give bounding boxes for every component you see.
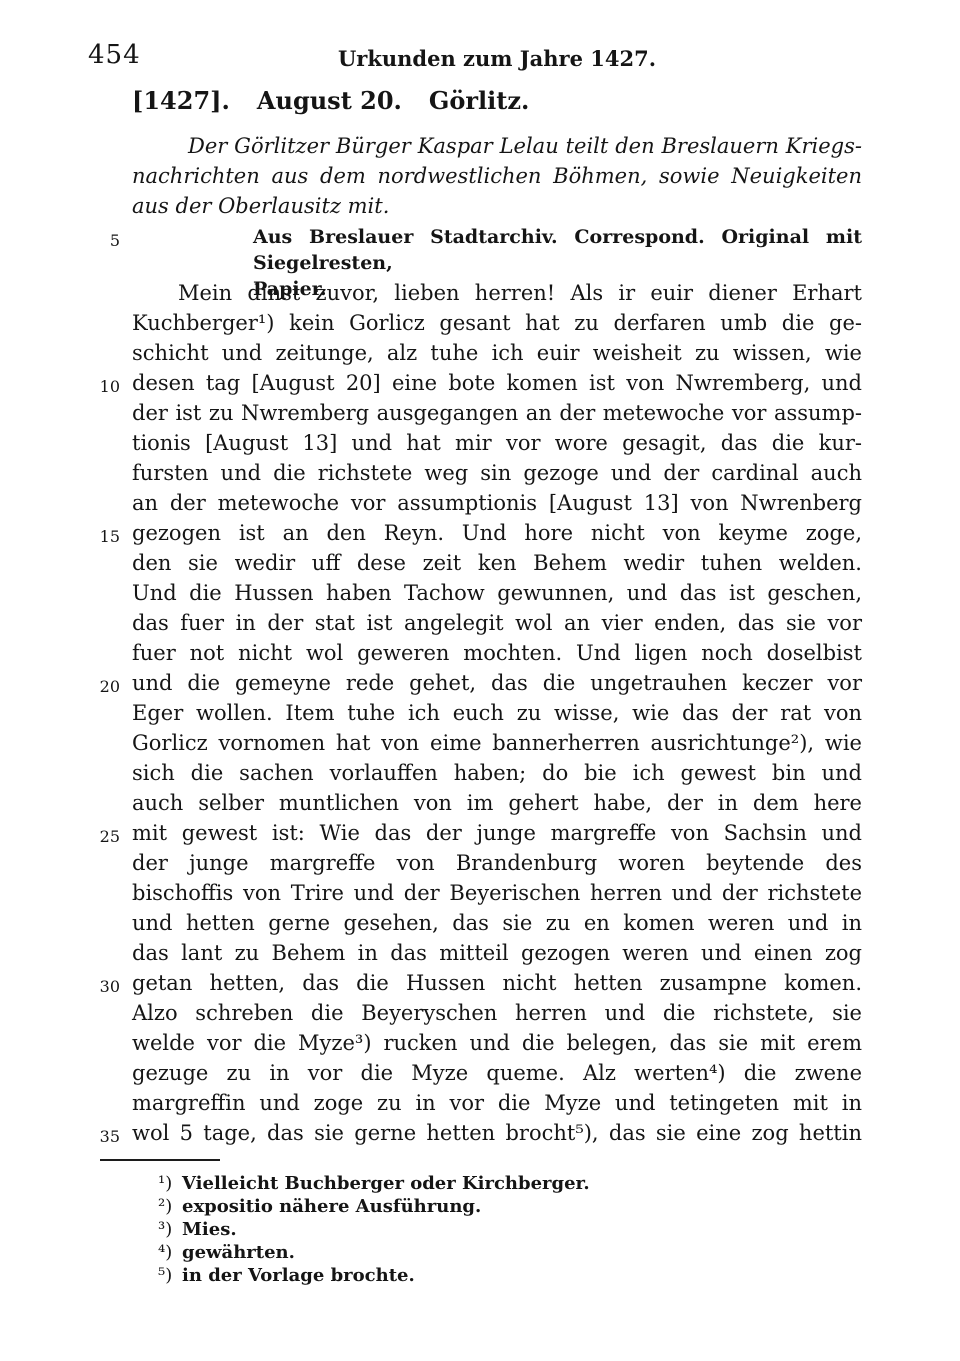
body-line: und hetten gerne gesehen, das sie zu en … <box>132 908 862 938</box>
source-text: Aus Breslauer Stadtarchiv. Correspond. O… <box>253 224 862 276</box>
summary-line: nachrichten aus dem nordwestlichen Böhme… <box>132 161 862 191</box>
line-number: 20 <box>92 672 120 702</box>
line-number: 25 <box>92 822 120 852</box>
line-number: 15 <box>92 522 120 552</box>
body-line: Und die Hussen haben Tachow gewunnen, un… <box>132 578 862 608</box>
body-line: schicht und zeitunge, alz tuhe ich euir … <box>132 338 862 368</box>
footnote-marker: ³) <box>158 1218 182 1241</box>
running-header: Urkunden zum Jahre 1427. <box>132 46 862 71</box>
footnote-marker: ⁴) <box>158 1241 182 1264</box>
body-line: Alzo schreben die Beyeryschen herren und… <box>132 998 862 1028</box>
footnote-marker: ⁵) <box>158 1264 182 1287</box>
body-line: fursten und die richstete weg sin gezoge… <box>132 458 862 488</box>
body-line: sich die sachen vorlauffen haben; do bie… <box>132 758 862 788</box>
summary-line: Der Görlitzer Bürger Kaspar Lelau teilt … <box>132 131 862 161</box>
body-line: welde vor die Myze³) rucken und die bele… <box>132 1028 862 1058</box>
line-number: 35 <box>92 1122 120 1152</box>
heading-date: August 20. <box>257 86 402 115</box>
summary-line: aus der Oberlausitz mit. <box>132 191 862 221</box>
footnote-divider <box>100 1159 220 1161</box>
body-line: der junge margreffe von Brandenburg wore… <box>132 848 862 878</box>
footnote-marker: ²) <box>158 1195 182 1218</box>
footnote: ¹)Vielleicht Buchberger oder Kirchberger… <box>158 1172 862 1195</box>
body-line: margreffin und zoge zu in vor die Myze u… <box>132 1088 862 1118</box>
body-line: fuer not nicht wol geweren mochten. Und … <box>132 638 862 668</box>
footnote: ³)Mies. <box>158 1218 862 1241</box>
body-line: 30getan hetten, das die Hussen nicht het… <box>132 968 862 998</box>
body-line: das lant zu Behem in das mitteil gezogen… <box>132 938 862 968</box>
body-line: den sie wedir uff dese zeit ken Behem we… <box>132 548 862 578</box>
body-line: auch selber muntlichen von im gehert hab… <box>132 788 862 818</box>
footnote: ⁴)gewährten. <box>158 1241 862 1264</box>
body-line: tionis [August 13] und hat mir vor wore … <box>132 428 862 458</box>
body-line: an der metewoche vor assumptionis [Augus… <box>132 488 862 518</box>
body-line: 10desen tag [August 20] eine bote komen … <box>132 368 862 398</box>
body-line: 15gezogen ist an den Reyn. Und hore nich… <box>132 518 862 548</box>
line-number: 30 <box>92 972 120 1002</box>
body-line: 35wol 5 tage, das sie gerne hetten broch… <box>132 1118 862 1148</box>
body-line: das fuer in der stat ist angelegit wol a… <box>132 608 862 638</box>
footnotes: ¹)Vielleicht Buchberger oder Kirchberger… <box>158 1172 862 1287</box>
body-line: Mein dinst zuvor, lieben herren! Als ir … <box>132 278 862 308</box>
footnote: ⁵)in der Vorlage brochte. <box>158 1264 862 1287</box>
entry-summary: Der Görlitzer Bürger Kaspar Lelau teilt … <box>132 131 862 221</box>
letter-body: Mein dinst zuvor, lieben herren! Als ir … <box>132 278 862 1148</box>
body-line: 20und die gemeyne rede gehet, das die un… <box>132 668 862 698</box>
body-line: Kuchberger¹) kein Gorlicz gesant hat zu … <box>132 308 862 338</box>
entry-heading: [1427]. August 20. Görlitz. <box>132 86 529 115</box>
body-line: bischoffis von Trire und der Beyerischen… <box>132 878 862 908</box>
line-number: 10 <box>92 372 120 402</box>
heading-year: [1427]. <box>132 86 230 115</box>
body-line: der ist zu Nwremberg ausgegangen an der … <box>132 398 862 428</box>
body-line: Eger wollen. Item tuhe ich euch zu wisse… <box>132 698 862 728</box>
footnote: ²)expositio nähere Ausführung. <box>158 1195 862 1218</box>
line-number: 5 <box>92 228 120 254</box>
body-line: Gorlicz vornomen hat von eime bannerherr… <box>132 728 862 758</box>
heading-place: Görlitz. <box>429 86 529 115</box>
scanned-book-page: { "page": { "page_number": "454", "runni… <box>0 0 960 1361</box>
body-line: 25mit gewest ist: Wie das der junge marg… <box>132 818 862 848</box>
body-line: gezuge zu in vor die Myze queme. Alz wer… <box>132 1058 862 1088</box>
footnote-marker: ¹) <box>158 1172 182 1195</box>
source-line: 5 Aus Breslauer Stadtarchiv. Correspond.… <box>132 224 862 276</box>
